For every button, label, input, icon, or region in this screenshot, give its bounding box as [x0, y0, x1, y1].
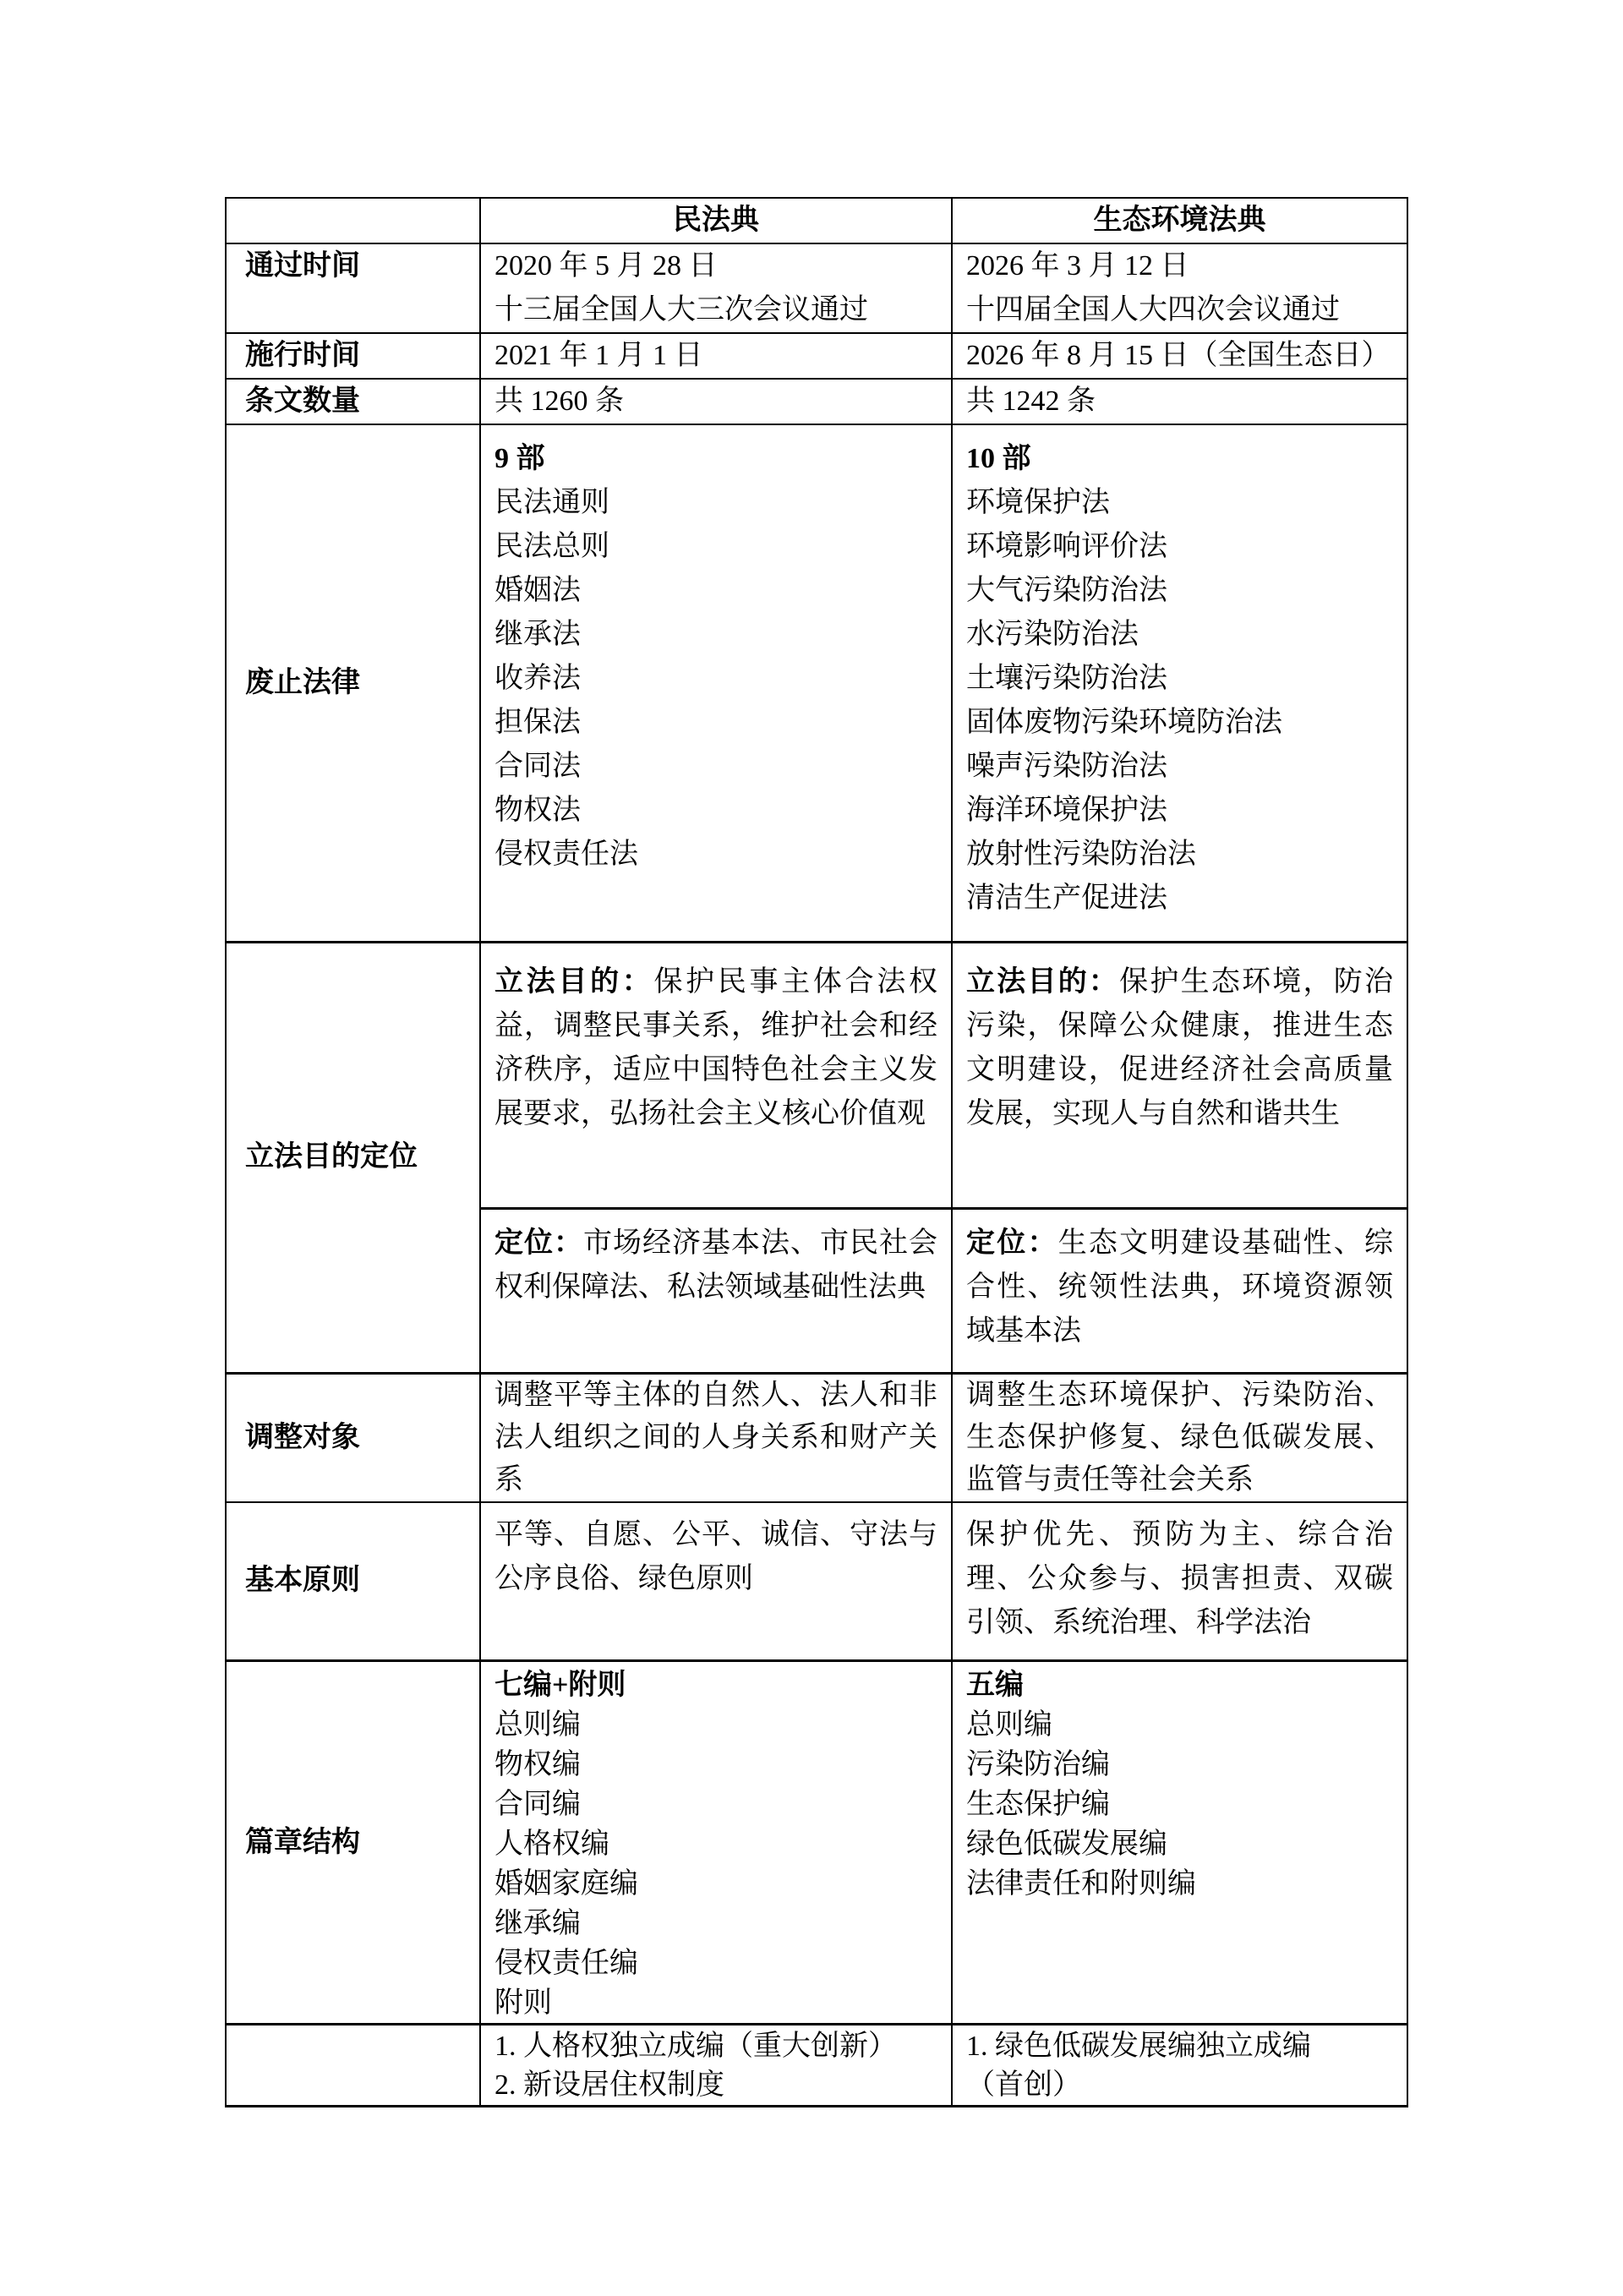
list-line: 侵权责任法 — [495, 833, 937, 877]
civil-structure-list: 总则编物权编合同编人格权编婚姻家庭编继承编侵权责任编附则 — [495, 1705, 937, 2023]
row-effective-date: 施行时间 2021 年 1 月 1 日 2026 年 8 月 15 日（全国生态… — [226, 333, 1407, 379]
list-line: 十四届全国人大四次会议通过 — [966, 288, 1393, 332]
cell-eco-repealed: 10 部 环境保护法环境影响评价法大气污染防治法水污染防治法土壤污染防治法固体废… — [952, 424, 1407, 942]
label-innovations-empty — [226, 2025, 480, 2107]
cell-eco-purpose: 立法目的：保护生态环境，防治污染，保障公众健康，推进生态文明建设，促进经济社会高… — [952, 942, 1407, 1208]
document-page: 民法典 生态环境法典 通过时间 2020 年 5 月 28 日十三届全国人大三次… — [0, 0, 1623, 2296]
cell-eco-approval: 2026 年 3 月 12 日十四届全国人大四次会议通过 — [952, 243, 1407, 333]
header-empty-cell — [226, 198, 480, 243]
cell-eco-articles: 共 1242 条 — [952, 379, 1407, 424]
label-regulated-objects: 调整对象 — [226, 1373, 480, 1502]
list-line: 放射性污染防治法 — [966, 833, 1393, 877]
cell-eco-principles: 保护优先、预防为主、综合治理、公众参与、损害担责、双碳引领、系统治理、科学法治 — [952, 1502, 1407, 1661]
list-line: 海洋环境保护法 — [966, 789, 1393, 833]
eco-position-prefix: 定位： — [966, 1227, 1058, 1259]
list-line: 1. 绿色低碳发展编独立成编 — [966, 2027, 1393, 2066]
list-line: 侵权责任编 — [495, 1943, 937, 1983]
cell-eco-effective: 2026 年 8 月 15 日（全国生态日） — [952, 333, 1407, 379]
list-line: 绿色低碳发展编 — [966, 1824, 1393, 1864]
label-approval-time: 通过时间 — [226, 243, 480, 333]
row-approval-time: 通过时间 2020 年 5 月 28 日十三届全国人大三次会议通过 2026 年… — [226, 243, 1407, 333]
cell-civil-repealed: 9 部 民法通则民法总则婚姻法继承法收养法担保法合同法物权法侵权责任法 — [480, 424, 952, 942]
eco-purpose-prefix: 立法目的： — [966, 966, 1119, 998]
list-line: 1. 人格权独立成编（重大创新） — [495, 2027, 937, 2066]
approval-eco-lines: 2026 年 3 月 12 日十四届全国人大四次会议通过 — [966, 244, 1393, 332]
cell-civil-scope: 调整平等主体的自然人、法人和非法人组织之间的人身关系和财产关系 — [480, 1373, 952, 1502]
cell-civil-structure: 七编+附则 总则编物权编合同编人格权编婚姻家庭编继承编侵权责任编附则 — [480, 1661, 952, 2025]
list-line: 污染防治编 — [966, 1745, 1393, 1785]
row-regulated-objects: 调整对象 调整平等主体的自然人、法人和非法人组织之间的人身关系和财产关系 调整生… — [226, 1373, 1407, 1502]
row-innovations: 1. 人格权独立成编（重大创新）2. 新设居住权制度 1. 绿色低碳发展编独立成… — [226, 2025, 1407, 2107]
eco-structure-list: 总则编污染防治编生态保护编绿色低碳发展编法律责任和附则编 — [966, 1705, 1393, 1904]
list-line: 总则编 — [966, 1705, 1393, 1745]
list-line: 民法总则 — [495, 525, 937, 569]
row-repealed-laws: 废止法律 9 部 民法通则民法总则婚姻法继承法收养法担保法合同法物权法侵权责任法… — [226, 424, 1407, 942]
label-chapter-structure: 篇章结构 — [226, 1661, 480, 2025]
label-basic-principles: 基本原则 — [226, 1502, 480, 1661]
list-line: 婚姻法 — [495, 569, 937, 613]
header-row: 民法典 生态环境法典 — [226, 198, 1407, 243]
list-line: 环境保护法 — [966, 481, 1393, 525]
label-purpose-position: 立法目的定位 — [226, 942, 480, 1373]
cell-civil-approval: 2020 年 5 月 28 日十三届全国人大三次会议通过 — [480, 243, 952, 333]
civil-purpose-prefix: 立法目的： — [495, 966, 653, 998]
label-effective-date: 施行时间 — [226, 333, 480, 379]
cell-eco-position: 定位：生态文明建设基础性、综合性、统领性法典，环境资源领域基本法 — [952, 1208, 1407, 1373]
comparison-table: 民法典 生态环境法典 通过时间 2020 年 5 月 28 日十三届全国人大三次… — [225, 197, 1408, 2107]
civil-position-prefix: 定位： — [495, 1227, 583, 1259]
list-line: 合同编 — [495, 1785, 937, 1824]
list-line: 物权法 — [495, 789, 937, 833]
cell-civil-articles: 共 1260 条 — [480, 379, 952, 424]
label-repealed-laws: 废止法律 — [226, 424, 480, 942]
row-legislative-purpose: 立法目的定位 立法目的：保护民事主体合法权益，调整民事关系，维护社会和经济秩序，… — [226, 942, 1407, 1208]
list-line: 物权编 — [495, 1745, 937, 1785]
civil-structure-heading: 七编+附则 — [495, 1665, 937, 1705]
list-line: 继承法 — [495, 613, 937, 657]
cell-civil-position: 定位：市场经济基本法、市民社会权利保障法、私法领域基础性法典 — [480, 1208, 952, 1373]
list-line: 合同法 — [495, 745, 937, 789]
cell-eco-structure: 五编 总则编污染防治编生态保护编绿色低碳发展编法律责任和附则编 — [952, 1661, 1407, 2025]
row-basic-principles: 基本原则 平等、自愿、公平、诚信、守法与公序良俗、绿色原则 保护优先、预防为主、… — [226, 1502, 1407, 1661]
list-line: 总则编 — [495, 1705, 937, 1745]
cell-civil-effective: 2021 年 1 月 1 日 — [480, 333, 952, 379]
row-article-count: 条文数量 共 1260 条 共 1242 条 — [226, 379, 1407, 424]
civil-repealed-list: 民法通则民法总则婚姻法继承法收养法担保法合同法物权法侵权责任法 — [495, 481, 937, 877]
cell-civil-innovations: 1. 人格权独立成编（重大创新）2. 新设居住权制度 — [480, 2025, 952, 2107]
list-line: 生态保护编 — [966, 1785, 1393, 1824]
list-line: 土壤污染防治法 — [966, 657, 1393, 701]
list-line: （首创） — [966, 2066, 1393, 2105]
list-line: 固体废物污染环境防治法 — [966, 701, 1393, 745]
list-line: 法律责任和附则编 — [966, 1864, 1393, 1904]
cell-civil-principles: 平等、自愿、公平、诚信、守法与公序良俗、绿色原则 — [480, 1502, 952, 1661]
cell-eco-scope: 调整生态环境保护、污染防治、生态保护修复、绿色低碳发展、监管与责任等社会关系 — [952, 1373, 1407, 1502]
list-line: 大气污染防治法 — [966, 569, 1393, 613]
eco-structure-heading: 五编 — [966, 1665, 1393, 1705]
list-line: 收养法 — [495, 657, 937, 701]
civil-innovations-lines: 1. 人格权独立成编（重大创新）2. 新设居住权制度 — [495, 2027, 937, 2105]
cell-civil-purpose: 立法目的：保护民事主体合法权益，调整民事关系，维护社会和经济秩序，适应中国特色社… — [480, 942, 952, 1208]
list-line: 2. 新设居住权制度 — [495, 2066, 937, 2105]
list-line: 2026 年 3 月 12 日 — [966, 244, 1393, 288]
list-line: 清洁生产促进法 — [966, 877, 1393, 921]
list-line: 继承编 — [495, 1904, 937, 1943]
list-line: 环境影响评价法 — [966, 525, 1393, 569]
list-line: 人格权编 — [495, 1824, 937, 1864]
eco-repealed-list: 环境保护法环境影响评价法大气污染防治法水污染防治法土壤污染防治法固体废物污染环境… — [966, 481, 1393, 921]
header-civil-code: 民法典 — [480, 198, 952, 243]
list-line: 噪声污染防治法 — [966, 745, 1393, 789]
eco-innovations-lines: 1. 绿色低碳发展编独立成编（首创） — [966, 2027, 1393, 2105]
list-line: 附则 — [495, 1983, 937, 2023]
list-line: 婚姻家庭编 — [495, 1864, 937, 1904]
civil-repealed-count: 9 部 — [495, 437, 937, 481]
approval-civil-lines: 2020 年 5 月 28 日十三届全国人大三次会议通过 — [495, 244, 937, 332]
header-eco-code: 生态环境法典 — [952, 198, 1407, 243]
list-line: 担保法 — [495, 701, 937, 745]
eco-repealed-count: 10 部 — [966, 437, 1393, 481]
list-line: 十三届全国人大三次会议通过 — [495, 288, 937, 332]
label-article-count: 条文数量 — [226, 379, 480, 424]
list-line: 民法通则 — [495, 481, 937, 525]
cell-eco-innovations: 1. 绿色低碳发展编独立成编（首创） — [952, 2025, 1407, 2107]
list-line: 2020 年 5 月 28 日 — [495, 244, 937, 288]
list-line: 水污染防治法 — [966, 613, 1393, 657]
row-chapter-structure: 篇章结构 七编+附则 总则编物权编合同编人格权编婚姻家庭编继承编侵权责任编附则 … — [226, 1661, 1407, 2025]
